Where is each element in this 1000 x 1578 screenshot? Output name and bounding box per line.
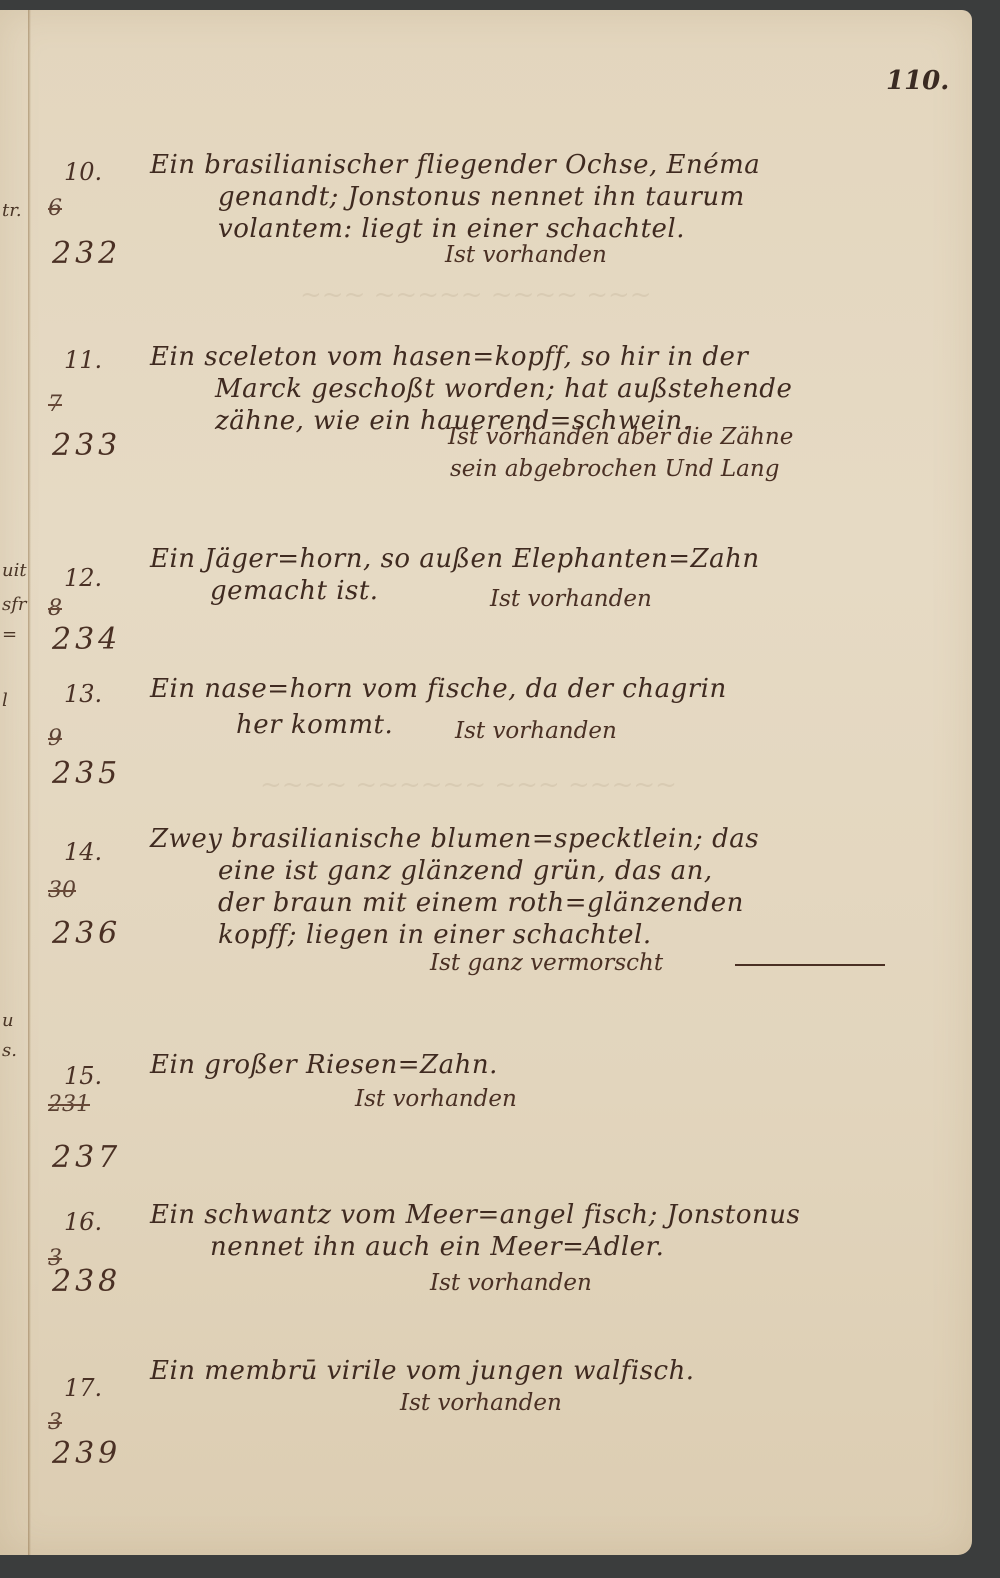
catalog-number: 234 [52,622,121,657]
entry-text-line: Ein Jäger=horn, so außen Elephanten=Zahn [150,544,760,574]
old-number-struck: 6 [48,196,62,221]
status-note: sein abgebrochen Und Lang [450,456,779,482]
status-note: Ist ganz vermorscht [430,950,663,976]
catalog-number: 236 [52,916,121,951]
facing-page-text: = [2,624,17,645]
status-note: Ist vorhanden [430,1270,592,1296]
entry-text-line: gemacht ist. [210,576,379,606]
entry-text-line: Ein schwantz vom Meer=angel fisch; Jonst… [150,1200,800,1230]
old-number-struck: 3 [48,1410,62,1435]
facing-page-text: uit [2,560,27,581]
entry-text-line: volantem: liegt in einer schachtel. [218,214,685,244]
entry-number: 16. [64,1208,102,1236]
old-number-struck: 8 [48,596,62,621]
entry-number: 12. [64,564,102,592]
facing-page-text: l [2,690,8,711]
catalog-number: 235 [52,756,121,791]
entry-text-line: der braun mit einem roth=glänzenden [218,888,744,918]
folio-number: 110. [886,66,949,96]
facing-page-text: u [2,1010,14,1031]
ink-bleed-through: ~~~ ~~~~~ ~~~~ ~~~ [300,280,652,310]
entry-number: 14. [64,838,102,866]
entry-text-line: genandt; Jonstonus nennet ihn taurum [218,182,745,212]
status-note: Ist vorhanden aber die Zähne [448,424,793,450]
catalog-number: 232 [52,236,121,271]
old-number-struck: 7 [48,392,62,417]
entry-text-line: Zwey brasilianische blumen=specktlein; d… [150,824,759,854]
entry-text-line: eine ist ganz glänzend grün, das an, [218,856,713,886]
entry-number: 11. [64,346,102,374]
manuscript-page: ~~~ ~~~~~ ~~~~ ~~~ ~~~~ ~~~~~~ ~~~ ~~~~~… [0,10,972,1555]
entry-text-line: her kommt. [236,710,393,740]
entry-text-line: Ein brasilianischer fliegender Ochse, En… [150,150,760,180]
catalog-number: 239 [52,1436,121,1471]
entry-text-line: Ein großer Riesen=Zahn. [150,1050,498,1080]
status-note: Ist vorhanden [400,1390,562,1416]
facing-page-text: sfr [2,594,27,615]
status-note: Ist vorhanden [455,718,617,744]
entry-text-line: kopff; liegen in einer schachtel. [218,920,652,950]
status-note: Ist vorhanden [445,242,607,268]
entry-text-line: Ein membrū virile vom jungen walfisch. [150,1356,695,1386]
entry-number: 15. [64,1062,102,1090]
status-note: Ist vorhanden [355,1086,517,1112]
facing-page-text: tr. [2,200,22,221]
catalog-number: 237 [52,1140,121,1175]
entry-number: 10. [64,158,102,186]
old-number-struck: 9 [48,726,62,751]
entry-number: 13. [64,680,102,708]
ink-bleed-through: ~~~~ ~~~~~~ ~~~ ~~~~~ [260,770,677,800]
catalog-number: 233 [52,428,121,463]
old-number-struck: 30 [48,878,76,903]
entry-text-line: Ein sceleton vom hasen=kopff, so hir in … [150,342,748,372]
catalog-number: 238 [52,1264,121,1299]
facing-page-text: s. [2,1040,17,1061]
gutter-fold [28,10,31,1555]
entry-text-line: Ein nase=horn vom fische, da der chagrin [150,674,727,704]
old-number-struck: 231 [48,1092,90,1117]
closing-line-stroke [735,964,885,966]
entry-text-line: Marck geschoßt worden; hat außstehende [215,374,792,404]
status-note: Ist vorhanden [490,586,652,612]
entry-number: 17. [64,1374,102,1402]
entry-text-line: nennet ihn auch ein Meer=Adler. [210,1232,664,1262]
